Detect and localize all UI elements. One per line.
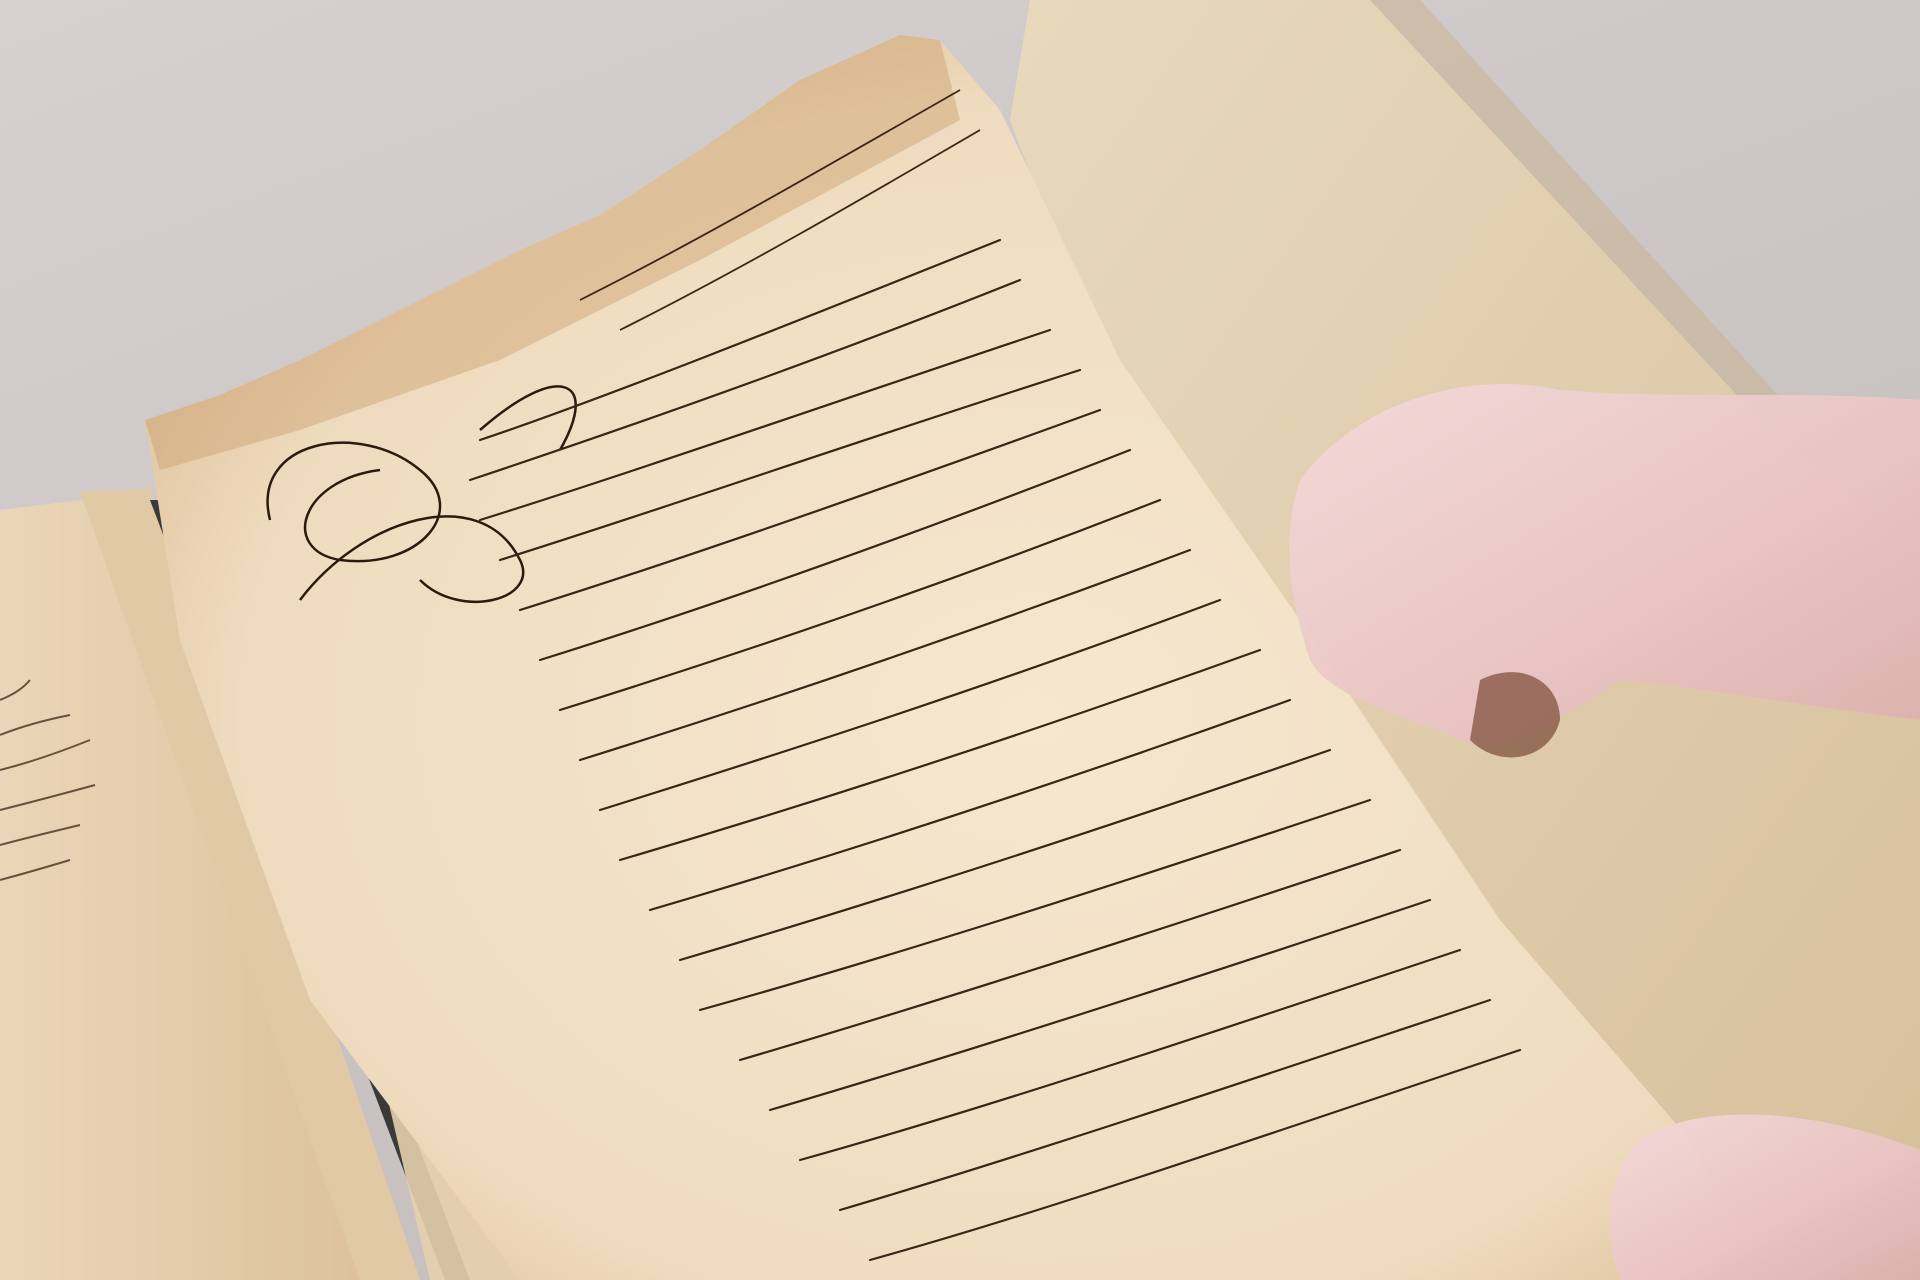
photo-scene: Gloved hands turning a page of an old ha…: [0, 0, 1920, 1280]
manuscript-photo: [0, 0, 1920, 1280]
gloved-hand-bottom: [1610, 1115, 1920, 1280]
